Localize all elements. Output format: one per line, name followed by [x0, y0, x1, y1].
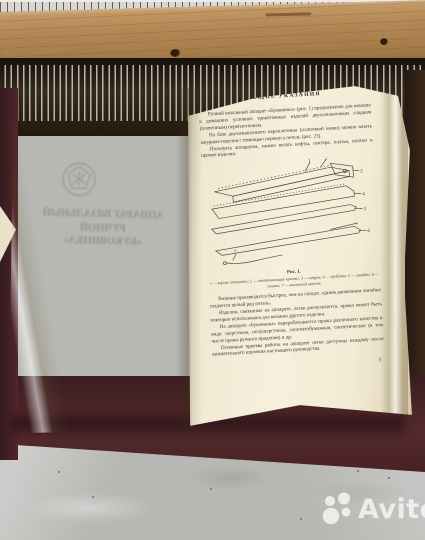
cover-title-showthrough: АППАРАТ ВЯЗАЛЬНЫЙ РУЧНОЙ «БУКОВИНКА»: [27, 206, 178, 250]
cover-title-line: «БУКОВИНКА»: [27, 233, 177, 250]
figure-label-1: 1: [308, 159, 311, 164]
page-number: 3: [213, 357, 385, 373]
page-text-block: ОБЩИЕ УКАЗАНИЯ Ручной вязальный аппарат …: [198, 88, 385, 372]
avito-logo-icon: [319, 491, 355, 527]
figure-label-4: 4: [362, 193, 365, 198]
apparatus-figure: 1 2 3 4 5 6: [202, 155, 380, 268]
figure-label-2: 2: [325, 157, 328, 162]
floor-speck: [58, 471, 60, 473]
floor-speck: [92, 496, 94, 498]
floor-speck: [210, 488, 212, 490]
booklet-text-page: ОБЩИЕ УКАЗАНИЯ Ручной вязальный аппарат …: [186, 82, 414, 428]
floor-speck: [357, 470, 359, 472]
booklet-cover-page: ····· ·········· ··········· ··· ·······…: [6, 62, 192, 436]
book-gutter-shadow: [176, 88, 202, 428]
figure-label-3: 3: [360, 170, 363, 175]
photo-scene: ····· ·········· ··········· ··· ·······…: [0, 0, 425, 540]
cover-publisher-lines: ····· ·········· ··········· ··· ·······…: [30, 118, 181, 148]
avito-watermark: Avito: [319, 491, 425, 527]
figure-label-6: 6: [367, 229, 370, 234]
page-curl-edge: [380, 82, 408, 428]
floor-speck: [300, 518, 302, 520]
floor-speck: [388, 477, 390, 479]
figure-label-5: 5: [363, 207, 366, 212]
avito-watermark-text: Avito: [358, 496, 425, 523]
cover-faint-line: ······ ·· ···········: [26, 279, 176, 288]
quality-mark-emblem-icon: [59, 159, 100, 200]
cover-showthrough-block: ····· ·········· ··········· ··· ·······…: [25, 88, 182, 353]
